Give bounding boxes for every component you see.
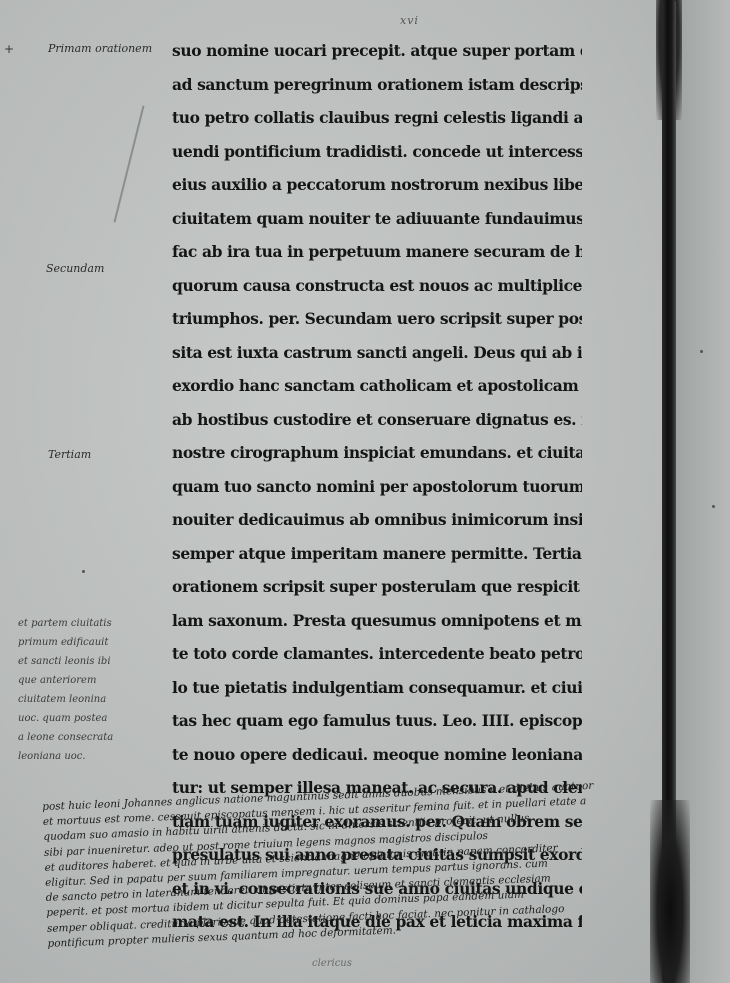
margin-line: que anteriorem [18, 671, 168, 690]
margin-bracket-line [114, 106, 145, 223]
text-line: te toto corde clamantes. intercedente be… [172, 637, 582, 671]
cross-marker-icon: + [4, 42, 14, 56]
rubric-third-prayer: Tertiam [48, 448, 91, 461]
text-line: eius auxilio a peccatorum nostrorum nexi… [172, 168, 582, 202]
margin-line: et partem ciuitatis [18, 614, 168, 633]
folio-mark: xvi [400, 14, 419, 27]
binding-shadow-bottom [650, 800, 690, 983]
text-line: ab hostibus custodire et conseruare dign… [172, 403, 582, 437]
margin-line: leoniana uoc. [18, 747, 168, 766]
manuscript-page: xvi + Primam orationem Secundam Tertiam … [0, 0, 730, 983]
text-line: nouiter dedicauimus ab omnibus inimicoru… [172, 503, 582, 537]
text-line: ciuitatem quam nouiter te adiuuante fund… [172, 202, 582, 236]
text-line: fac ab ira tua in perpetuum manere secur… [172, 235, 582, 269]
margin-line: primum edificauit [18, 633, 168, 652]
text-line: suo nomine uocari precepit. atque super … [172, 34, 582, 68]
ink-speck [82, 570, 85, 573]
ink-speck [712, 505, 715, 508]
text-line: tas hec quam ego famulus tuus. Leo. IIII… [172, 704, 582, 738]
text-line: ad sanctum peregrinum orationem istam de… [172, 68, 582, 102]
marginal-annotation: et partem ciuitatis primum edificauit et… [18, 614, 168, 766]
text-line: semper atque imperitam manere permitte. … [172, 537, 582, 571]
ink-speck [700, 350, 703, 353]
margin-line: et sancti leonis ibi [18, 652, 168, 671]
text-line: exordio hanc sanctam catholicam et apost… [172, 369, 582, 403]
margin-line: ciuitatem leonina [18, 690, 168, 709]
margin-line: uoc. quam postea [18, 709, 168, 728]
margin-line: a leone consecrata [18, 728, 168, 747]
rubric-second-prayer: Secundam [46, 262, 104, 275]
bottom-margin-note: post huic leoni Johannes anglicus nation… [42, 777, 647, 952]
text-line: te nouo opere dedicaui. meoque nomine le… [172, 738, 582, 772]
text-line: tuo petro collatis clauibus regni celest… [172, 101, 582, 135]
text-line: orationem scripsit super posterulam que … [172, 570, 582, 604]
text-line: triumphos. per. Secundam uero scripsit s… [172, 302, 582, 336]
rubric-first-prayer: Primam orationem [48, 42, 152, 55]
text-line: quam tuo sancto nomini per apostolorum t… [172, 470, 582, 504]
catchword: clericus [312, 958, 352, 969]
text-line: nostre cirographum inspiciat emundans. e… [172, 436, 582, 470]
text-line: lo tue pietatis indulgentiam consequamur… [172, 671, 582, 705]
text-line: lam saxonum. Presta quesumus omnipotens … [172, 604, 582, 638]
text-line: uendi pontificium tradidisti. concede ut… [172, 135, 582, 169]
text-line: sita est iuxta castrum sancti angeli. De… [172, 336, 582, 370]
text-line: quorum causa constructa est nouos ac mul… [172, 269, 582, 303]
